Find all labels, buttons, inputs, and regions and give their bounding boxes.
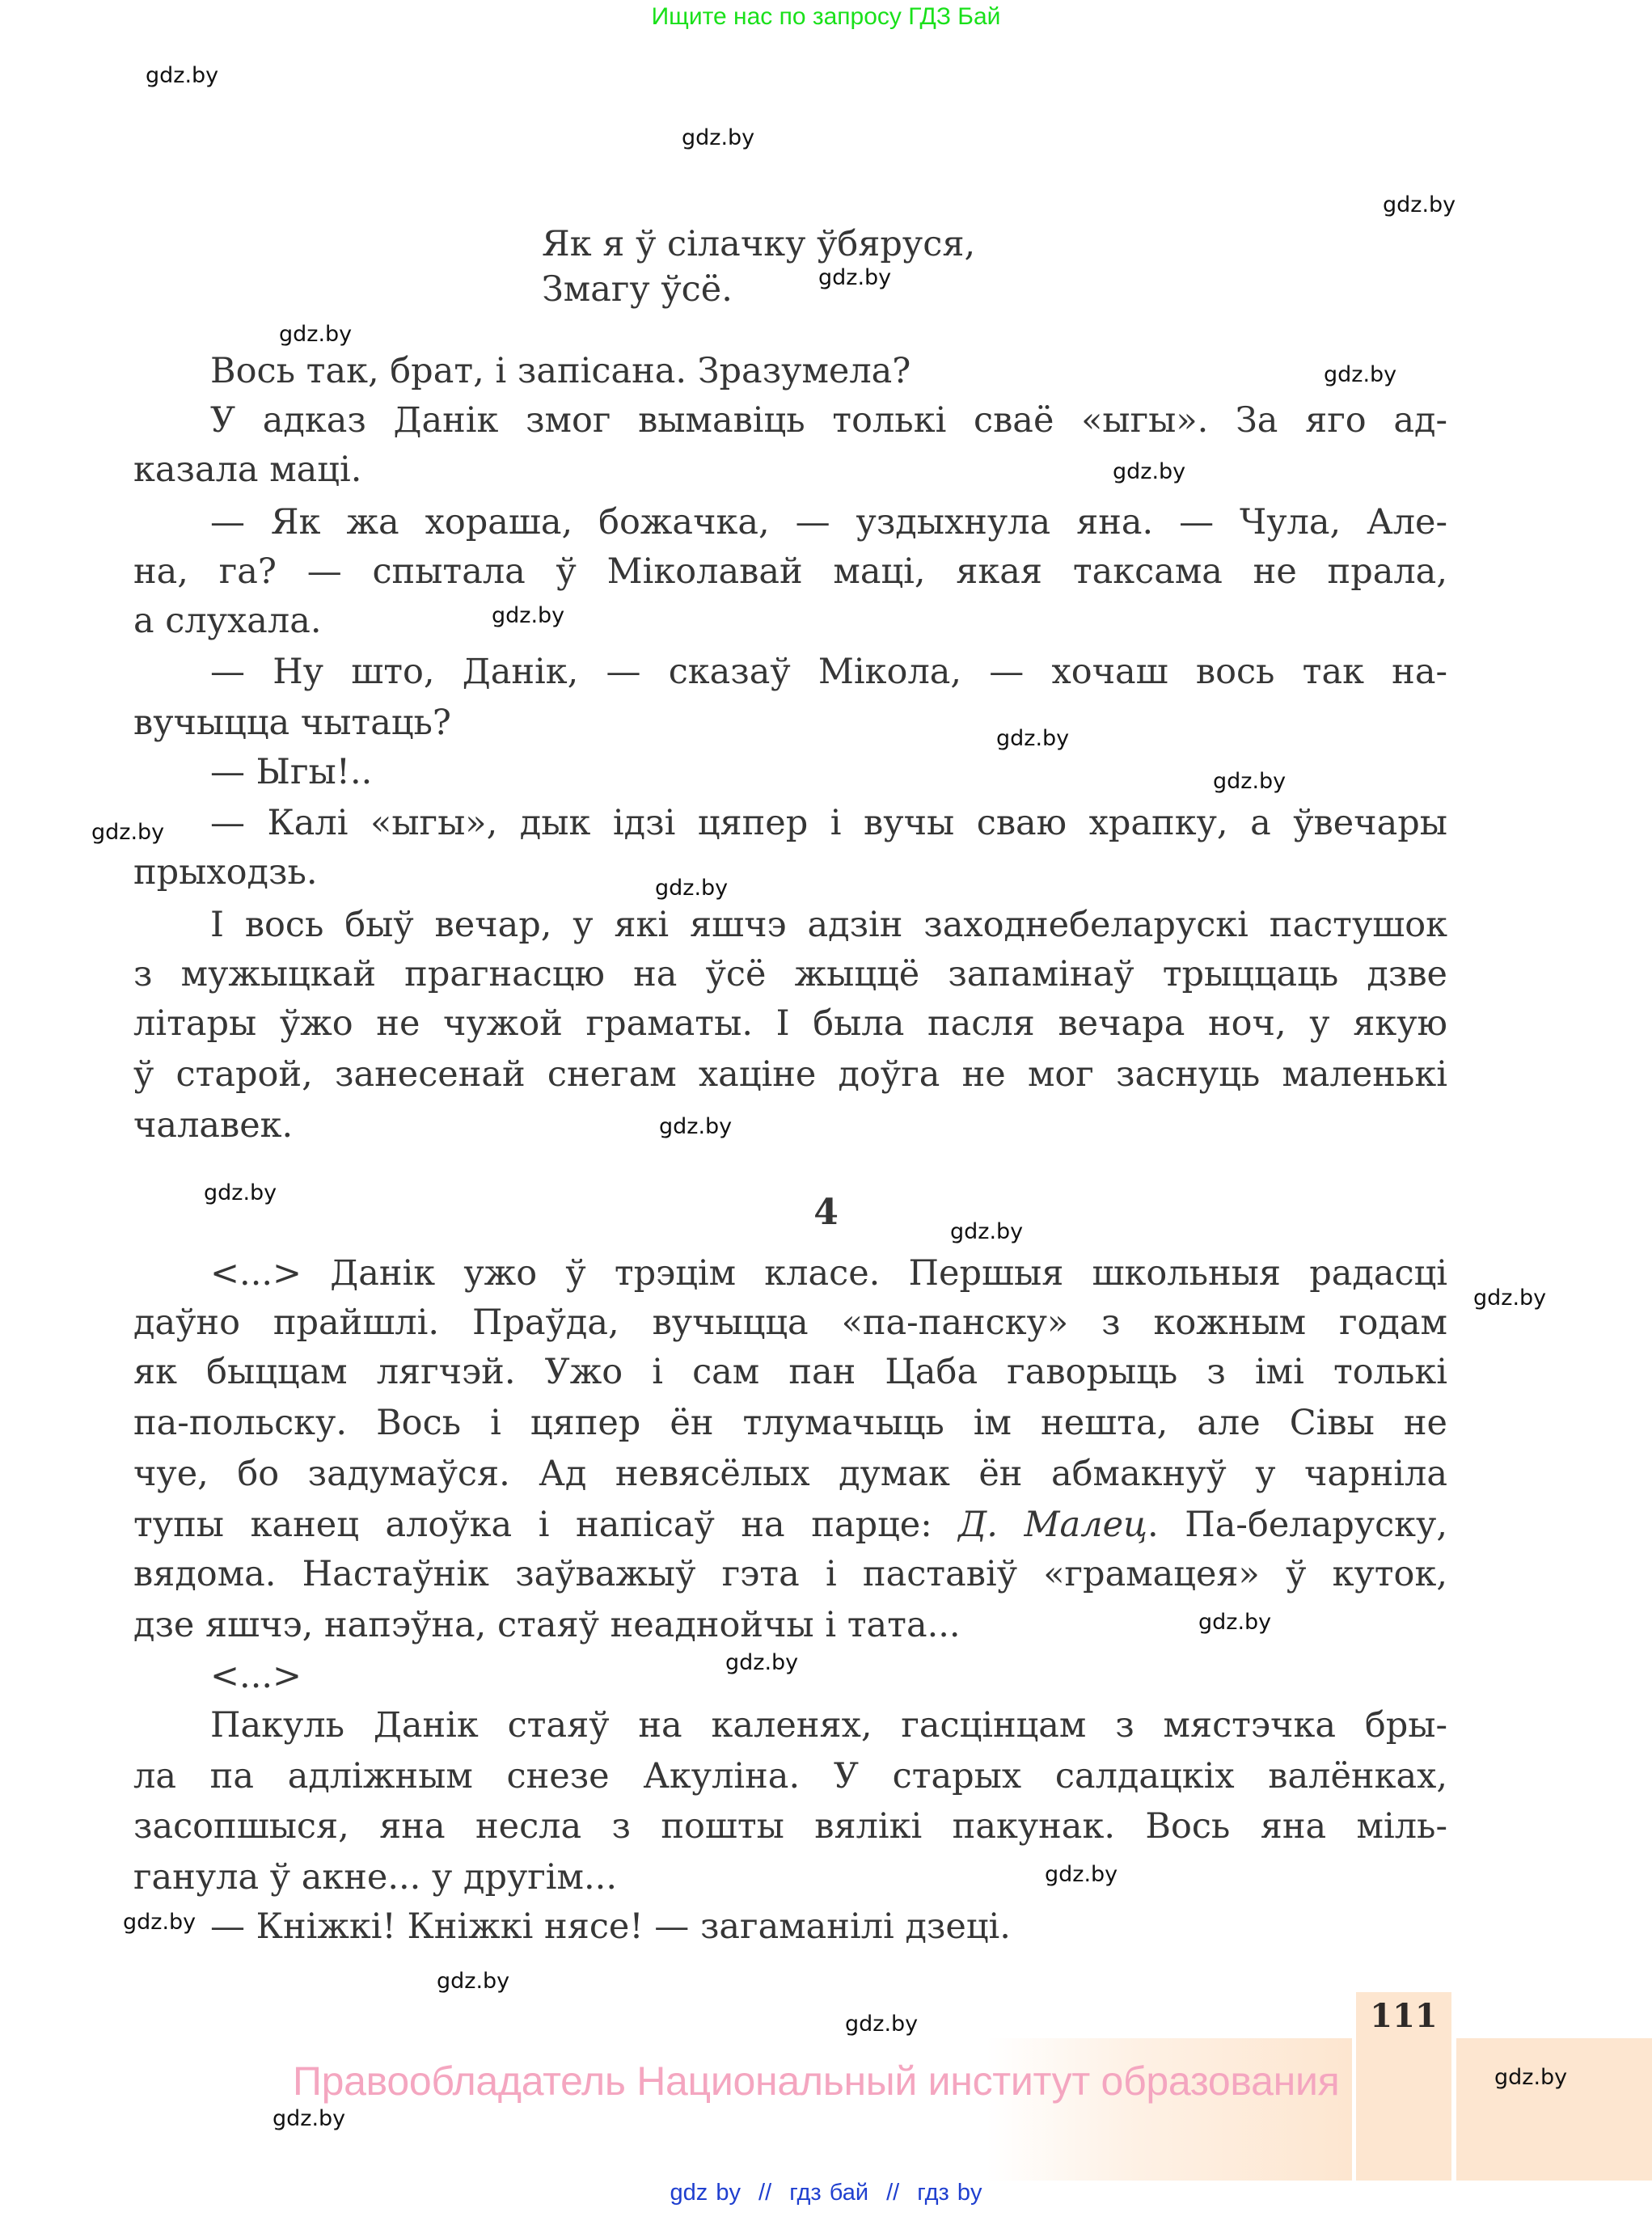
watermark: gdz.by [492, 605, 564, 627]
footer-link-gdz-by[interactable]: gdz by [670, 2180, 741, 2206]
text-line: І вось быў вечар, у які яшчэ адзін заход… [210, 908, 1447, 943]
italic-signature: Д. Малец [958, 1505, 1147, 1545]
footer-link-gdz-bai[interactable]: гдз бай [789, 2180, 868, 2206]
footer-separator: // [886, 2180, 899, 2206]
text-line: ў старой, занесенай снегам хаціне доўга … [133, 1058, 1447, 1092]
text-line: — Ыгы!.. [210, 755, 372, 790]
text-line: чалавек. [133, 1108, 293, 1143]
text-line: — Калі «ыгы», дык ідзі цяпер і вучы сваю… [210, 806, 1447, 841]
watermark: gdz.by [659, 1116, 732, 1138]
watermark: gdz.by [996, 728, 1069, 749]
text-line: Пакуль Данік стаяў на каленях, гасцінцам… [210, 1708, 1447, 1743]
text-line: на, га? — спытала ў Міколавай маці, якая… [133, 555, 1447, 589]
text-line: вучыцца чытаць? [133, 706, 451, 741]
verse-line: Змагу ўсё. [542, 272, 733, 307]
watermark: gdz.by [655, 877, 728, 899]
ellipsis-marker: <...> [210, 1659, 302, 1694]
text-line: чуе, бо задумаўся. Ад невясёлых думак ён… [133, 1457, 1447, 1492]
watermark: gdz.by [950, 1221, 1023, 1243]
watermark: gdz.by [273, 2108, 345, 2130]
page-number: 111 [1356, 1997, 1451, 2035]
text-line: прыходзь. [133, 855, 318, 890]
text-line: казала маці. [133, 453, 361, 488]
watermark: gdz.by [437, 1970, 509, 1992]
watermark: gdz.by [1045, 1864, 1118, 1885]
watermark: gdz.by [1383, 194, 1456, 216]
text-line: па-польску. Вось і цяпер ён тлумачыць ім… [133, 1406, 1447, 1441]
text-segment: . Па-беларуску, [1147, 1505, 1447, 1545]
text-line: — Кніжкі! Кніжкі нясе! — загаманілі дзец… [210, 1910, 1011, 1944]
verse-line: Як я ў сілачку ўбяруся, [542, 227, 975, 262]
text-line: — Як жа хораша, божачка, — уздыхнула яна… [210, 505, 1447, 540]
watermark: gdz.by [123, 1911, 196, 1933]
copyright-notice: Правообладатель Национальный институт об… [293, 2058, 1339, 2105]
search-banner: Ищите нас по запросу ГДЗ Бай [0, 3, 1652, 31]
watermark: gdz.by [1473, 1287, 1546, 1309]
text-line-with-signature: тупы канец алоўка і напісаў на парце: Д.… [133, 1508, 1447, 1543]
text-line: а слухала. [133, 604, 322, 639]
text-line: ла па адліжным снезе Акуліна. У старых с… [133, 1759, 1447, 1794]
watermark: gdz.by [204, 1182, 277, 1204]
watermark: gdz.by [818, 267, 891, 289]
text-line: вядома. Настаўнік заўважыў гэта і пастав… [133, 1557, 1447, 1592]
footer-separator: // [758, 2180, 771, 2206]
text-segment: тупы канец алоўка і напісаў на парце: [133, 1505, 958, 1545]
text-line: як быццам лягчэй. Ужо і сам пан Цаба гав… [133, 1355, 1447, 1390]
text-line: дзе яшчэ, напэўна, стаяў неаднойчы і тат… [133, 1608, 961, 1643]
watermark: gdz.by [146, 65, 218, 87]
watermark: gdz.by [279, 323, 352, 345]
text-line: У адказ Данік змог вымавіць толькі сваё … [210, 403, 1447, 438]
footer-right-band [1456, 2038, 1652, 2181]
text-line: ганула ў акне... у другім... [133, 1860, 617, 1895]
text-line: літары ўжо не чужой граматы. І была пасл… [133, 1007, 1447, 1041]
watermark: gdz.by [682, 127, 754, 149]
text-line: засопшыся, яна несла з пошты вялікі паку… [133, 1809, 1447, 1844]
watermark: gdz.by [1494, 2067, 1567, 2088]
text-line: з мужыцкай прагнасцю на ўсё жыццё запамі… [133, 957, 1447, 992]
watermark: gdz.by [1113, 461, 1185, 483]
footer-link-gdz-by-cyr[interactable]: гдз by [917, 2180, 982, 2206]
footer-links: gdz by // гдз бай // гдз by [0, 2180, 1652, 2206]
text-line: даўно прайшлі. Праўда, вучыцца «па-панск… [133, 1306, 1447, 1340]
text-line: — Ну што, Данік, — сказаў Мікола, — хоча… [210, 655, 1447, 690]
watermark: gdz.by [1324, 364, 1396, 386]
text-line: <...> Данік ужо ў трэцім класе. Першыя ш… [210, 1256, 1447, 1291]
watermark: gdz.by [845, 2013, 918, 2035]
text-line: Вось так, брат, і запісана. Зразумела? [210, 354, 911, 389]
watermark: gdz.by [1213, 771, 1286, 792]
watermark: gdz.by [91, 821, 164, 843]
watermark: gdz.by [1198, 1611, 1271, 1633]
watermark: gdz.by [725, 1652, 798, 1674]
